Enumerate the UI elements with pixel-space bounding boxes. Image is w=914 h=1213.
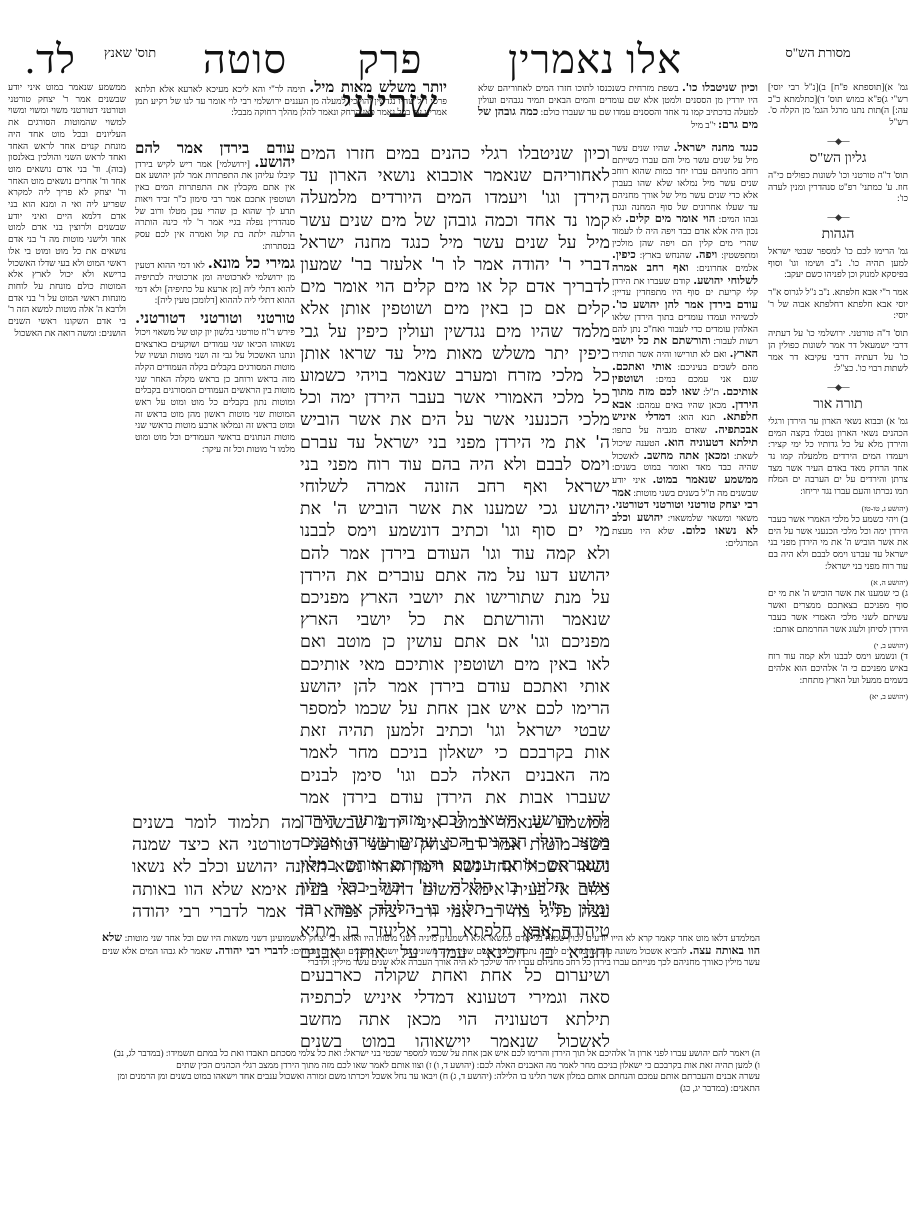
gilyon-text: תוס' ד"ה טורטני וכו' לשונות כפולים כי"ה … bbox=[768, 170, 908, 205]
gemara-line: על מנת שתורישו את יושבי הארץ מפניכם bbox=[300, 587, 610, 609]
gemara-line: עצה פליגי בה רבי אמי ורבי יצחק נפחא חד א… bbox=[132, 901, 610, 923]
tosafot-text: [ירושלמי] אמר ריש לקיש בירדן קיבלו עליהן… bbox=[135, 159, 295, 251]
torah-or-ref: (יהושע ג, טו-טז) bbox=[768, 504, 908, 514]
torah-or-text: גמ' א) ובבוא נשאי הארון עד הירדן ורגלי ה… bbox=[768, 416, 908, 498]
tosafot-column: עודם בירדן אמר להם יהושע. [ירושלמי] אמר … bbox=[135, 143, 295, 462]
rashi-dibur: אותי ואתכם. bbox=[612, 360, 672, 373]
gemara-line: מלכי הכנעני אשר על הים את אשר הוביש bbox=[300, 409, 610, 431]
tosafot-shantz-column: ממשמע שנאמר במוט איני יודע שבשנים אמר ר'… bbox=[8, 82, 126, 339]
gilyon-title: גליון הש"ס bbox=[768, 151, 908, 167]
tosafot-entry: טורטני וטורטני דטורטני. פירש ר"ח טורטני … bbox=[135, 313, 295, 455]
hagahot-text: גמ' הרימו לכם כו' למספר שבטי ישראל למען … bbox=[768, 246, 908, 281]
gemara-line: הירדן וגו' ויעמדו המים היורדים מלמעלה bbox=[300, 187, 610, 209]
gemara-line: דברי ר' יהודה אמר לו ר' אלעזר בר' שמעון bbox=[300, 254, 610, 276]
right-margin: גמ' א)[תוספתא פ"ח] ב)[נ"ל רבי יוסי] רש"י… bbox=[768, 82, 908, 702]
gemara-line: בשני מוטות אמר רבי יצחק טורטני וטורטני ד… bbox=[132, 834, 610, 856]
gemara-line: יהושע גכי שמענו את אשר הוביש ה' את bbox=[300, 498, 610, 520]
talmud-page: מסורת הש"ס אלו נאמרין פרק שביעי סוטה לד.… bbox=[0, 0, 914, 1213]
chapter-number: פרק שביעי bbox=[330, 38, 450, 82]
tosafot-text: פירש ר"ח טורטני בלשון יון קוט של משאוי ו… bbox=[135, 327, 295, 454]
bottom-commentary: המלמדע דלאו מוט אחד קאמר קרא לא הייו יוד… bbox=[102, 932, 760, 969]
ornament-divider-icon: —◆— bbox=[768, 137, 908, 147]
gemara-line: שעברו אבות את הירדן עודם בירדן אמר bbox=[300, 787, 610, 809]
tosafot-dibur: יותר משלש מאות מיל. bbox=[309, 78, 447, 96]
masoret-text: גמ' א)[תוספתא פ"ח] ב)[נ"ל רבי יוסי] רש"י… bbox=[768, 82, 908, 129]
commentary-text: המלמדע דלאו מוט אחד קאמר קרא לא הייו יוד… bbox=[329, 933, 760, 943]
torah-or-text: ב) ויהי כשמע כל מלכי האמרי אשר בעבר הירד… bbox=[768, 514, 908, 573]
gemara-line: לדבריך אדם קל או מים קלים הוי אומר מים bbox=[300, 276, 610, 298]
hagahot-text: תוס' ד"ה טורטני. ירושלמי כו' על דעתיה דר… bbox=[768, 328, 908, 375]
rashi-text: אלמים אחרונים: bbox=[697, 263, 759, 273]
torah-or-line: ה) ויאמר להם יהושע עברו לפני ארון ה' אלה… bbox=[8, 1048, 760, 1060]
gemara-line: נשאו אשכול אחד נשא רימון ואחד נשא תאינה … bbox=[132, 856, 610, 878]
gemara-line: קמו נד אחד וכמה גובהן של מים שנים עשר bbox=[300, 210, 610, 232]
torah-or-text: ג) כי שמענו את אשר הוביש ה' את מי ים סוף… bbox=[768, 588, 908, 635]
torah-or-ref: (יהושע ב, יא) bbox=[768, 692, 908, 702]
gemara-line: תילתא דטעוניה הוי מכאן אתה מחשב bbox=[300, 1009, 610, 1031]
ornament-divider-icon: —◆— bbox=[768, 213, 908, 223]
rashi-text: שגם אני עמכם במים: bbox=[656, 374, 758, 384]
torah-or-line: ו) למען תהיה זאת אות בקרבכם כי ישאלון בנ… bbox=[8, 1060, 760, 1072]
tosafot-entry: גמירי כל מונא. לאו דמי ההוא דטעין מן ירו… bbox=[135, 258, 295, 307]
rashi-text: מכאן שהיו באים עמהם: bbox=[636, 400, 726, 410]
gemara-line: כיפין יתר משלש מאות מיל עד שראו אותן bbox=[300, 343, 610, 365]
tosafot-dibur: גמירי כל מונא. bbox=[208, 254, 295, 272]
rashi-column: כנגד מחנה ישראל. שהיו שנים עשר מיל על שנ… bbox=[612, 142, 758, 549]
commentary-dibur: לדברי רבי יהודה. bbox=[215, 944, 289, 957]
gemara-line: כל מלכי מזרח ומערב שנאמר בויהי כשמוע bbox=[300, 365, 610, 387]
rashi-text: שהנחש בארץ: bbox=[640, 250, 692, 260]
rashi-dibur: הוי אומר מים קלים. bbox=[625, 212, 715, 225]
commentary-text: ולדברי bbox=[308, 957, 330, 967]
commentary-text: יצחק לאשמועינן דשני משאות היו שם וכל אחד… bbox=[125, 933, 326, 943]
gemara-line: מי ים סוף וגו' וכתיב דונשמע וימס לבבנו bbox=[300, 520, 610, 542]
rashi-dibur: תילתא דטעוניה הוא. bbox=[664, 436, 758, 449]
gemara-line: לאו באין מים ושוטפין אותיכם מאי אותיכם bbox=[300, 654, 610, 676]
gemara-line: וימס לבבם ולא היה בהם עוד רוח מפני בני bbox=[300, 454, 610, 476]
gemara-line: כלום אי בעית אימא משום דחשיבי ואי בעית א… bbox=[132, 879, 610, 901]
rashi-text: שאדם מגביה על כתפו: bbox=[612, 425, 707, 435]
gemara-wide-text: ממשמע שנאמר במוט איני יודע שבשנים מה תלמ… bbox=[132, 812, 610, 945]
torah-or-bottom: ה) ויאמר להם יהושע עברו לפני ארון ה' אלה… bbox=[8, 1048, 760, 1095]
tractate-title: סוטה bbox=[175, 38, 315, 82]
gemara-line: מיל על שנים עשר מיל כנגד מחנה ישראל bbox=[300, 232, 610, 254]
torah-or-title: תורה אור bbox=[768, 397, 908, 413]
torah-or-line: התאנים: (במדבר יג, כג) bbox=[8, 1083, 760, 1095]
rashi-dibur: ממשמע שנאמר במוט. bbox=[652, 473, 758, 486]
chapter-name: אלו נאמרין bbox=[470, 38, 720, 82]
tosafot-top: יותר משלש מאות מיל. תימה לר"י והא ליכא מ… bbox=[135, 82, 447, 119]
gemara-line: שנאמר והורשתם את כל יושבי הארץ bbox=[300, 609, 610, 631]
rashi-text: תנא הוא: bbox=[678, 412, 715, 422]
gemara-line: וכיון שניטבלו רגלי כהנים במים חזרו המים bbox=[300, 143, 610, 165]
torah-or-line: עשרה אבנים והעברתם אותם עמכם והנחתם אותם… bbox=[8, 1071, 760, 1083]
gemara-line: מלמד שהיו מים נגדשין ועולין כיפין על גבי bbox=[300, 321, 610, 343]
gemara-line: אותי ואתכם עודם בירדן אמר להן יהושע bbox=[300, 676, 610, 698]
tosafot-entry: עודם בירדן אמר להם יהושע. [ירושלמי] אמר … bbox=[135, 143, 295, 252]
gemara-line: לאחוריהם שנאמר אוכבוא נושאי הארון עד bbox=[300, 165, 610, 187]
torah-or-ref: (יהושע ה, א) bbox=[768, 578, 908, 588]
gemara-line: סאה וגמירי דטעונא דמדלי איניש לכתפיה bbox=[300, 987, 610, 1009]
gemara-line: ממשמע שנאמר במוט איני יודע שבשנים מה תלמ… bbox=[132, 812, 610, 834]
gemara-line: מפניכם וגו' אם אתם עושין כן מוטב ואם bbox=[300, 631, 610, 653]
gemara-line: אות בקרבכם כי ישאלון בניכם מחר לאמר bbox=[300, 742, 610, 764]
hagahot-title: הגהות bbox=[768, 227, 908, 243]
gemara-line: שבטי ישראל וגו' וכתיב זלמען תהיה זאת bbox=[300, 720, 610, 742]
gemara-line: ישראל ואף רחב הזונה אמרה לשלוחי bbox=[300, 476, 610, 498]
rashi-text: משאוי ומשאוי שלמשאוי: bbox=[668, 513, 758, 523]
tosafot-dibur: טורטני וטורטני דטורטני. bbox=[135, 309, 295, 327]
rashi-top: וכיון שניטבלו כו'. בשפת מזרחית כשנכנסו ל… bbox=[478, 82, 758, 132]
rashi-text: ת"ל: bbox=[703, 387, 719, 397]
rashi-dibur: ומכאן אתה מחשב. bbox=[643, 449, 729, 462]
ornament-divider-icon: —◆— bbox=[768, 383, 908, 393]
rashi-dibur: וכיון שניטבלו כו'. bbox=[682, 81, 758, 94]
rashi-text: י"ב מיל bbox=[691, 120, 716, 130]
gemara-line: כל מלכי האמורי אשר בעבר הירדן ימה וכל bbox=[300, 387, 610, 409]
rashi-dibur: כיפין. bbox=[612, 248, 636, 261]
rashi-dibur: כנגד מחנה ישראל. bbox=[674, 141, 758, 154]
hagahot-text: אמר ר"י אבא חלפתא. נ"ב נ"ל לגרוס א"ר יוס… bbox=[768, 287, 908, 322]
gemara-line: יהושע דעו על מה אתם עוברים את הירדן bbox=[300, 565, 610, 587]
gemara-line: קלים אם כן באין מים ושוטפין אותן אלא bbox=[300, 298, 610, 320]
gemara-line: ה' את מי הירדן מפני בני ישראל עד עברם bbox=[300, 432, 610, 454]
commentary-text: להביא אשכול משונה כזה שהמרגלים לרעה נתכו… bbox=[291, 946, 687, 956]
gemara-line: ולא קמה עוד וגו' העודם בירדן אמר להם bbox=[300, 543, 610, 565]
rashi-dibur: ויפה. bbox=[695, 248, 717, 261]
rashi-dibur: עודם בירדן אמר להן יהושע כו'. bbox=[612, 298, 758, 311]
daf-number: לד. bbox=[25, 38, 105, 82]
gemara-line: הרימו לכם איש אבן אחת על שכמו למספר bbox=[300, 698, 610, 720]
torah-or-ref: (יהושע ב, י) bbox=[768, 641, 908, 651]
gemara-line: מה האבנים האלה לכם וגו' סימן לבנים bbox=[300, 765, 610, 787]
torah-or-text: ד) ונשמע וימס לבבנו ולא קמה עוד רוח באיש… bbox=[768, 651, 908, 686]
